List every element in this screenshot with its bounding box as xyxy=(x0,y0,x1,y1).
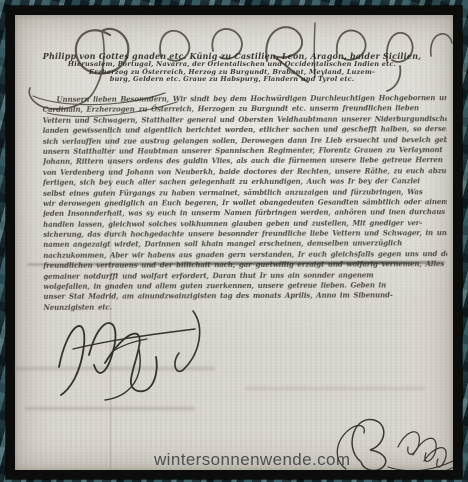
scanned-manuscript: Philipp von Gottes gnaden etc. Künig zu … xyxy=(0,0,468,482)
paper: Philipp von Gottes gnaden etc. Künig zu … xyxy=(15,15,453,470)
watermark-text: wintersonnenwende.com xyxy=(154,450,350,470)
chancery-header: Philipp von Gottes gnaden etc. Künig zu … xyxy=(15,52,449,84)
black-frame: Philipp von Gottes gnaden etc. Künig zu … xyxy=(6,6,462,479)
body-line: Neunzigisten etc. xyxy=(43,301,447,313)
manuscript-body: Unnsern lieben Besonndern, Wir sindt bey… xyxy=(43,93,448,313)
paper-crease xyxy=(15,367,215,370)
paper-crease xyxy=(245,387,425,390)
paper-crease xyxy=(25,407,195,410)
header-line: burg, Geldern etc. Graue zu Habspurg, Fl… xyxy=(15,76,449,84)
